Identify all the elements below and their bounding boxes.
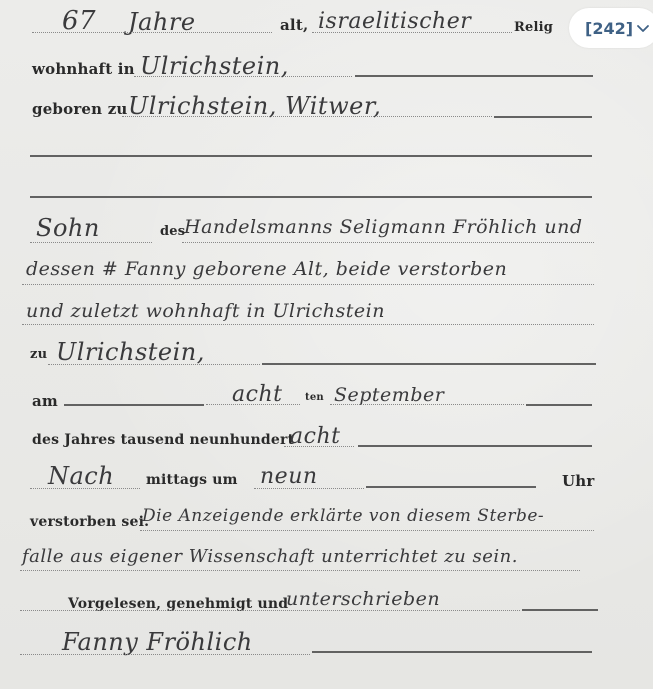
printed-alt: alt, [280, 16, 308, 34]
dotted-line [122, 116, 492, 117]
handwritten-place-of-death: Ulrichstein, [56, 338, 205, 366]
handwritten-hour: neun [260, 464, 318, 489]
dotted-line [254, 488, 364, 489]
printed-zu: zu [30, 347, 47, 362]
handwritten-parents-line2: dessen # Fanny geborene Alt, beide verst… [26, 258, 507, 280]
printed-birthplace-label: geboren zu [32, 100, 128, 118]
printed-des: des [160, 224, 185, 239]
handwritten-religion: israelitischer [318, 9, 471, 34]
printed-year-label: des Jahres tausend neunhundert [32, 432, 294, 448]
blank-line [494, 116, 592, 118]
handwritten-parents-line1: Handelsmanns Seligmann Fröhlich und [184, 216, 583, 238]
blank-line [366, 486, 536, 488]
handwritten-parents-line3: und zuletzt wohnhaft in Ulrichstein [26, 300, 385, 322]
page-index-label: [242] [585, 19, 633, 38]
scanned-document-page: 67 Jahre alt, israelitischer Relig wohnh… [0, 0, 653, 689]
blank-line [526, 404, 592, 406]
blank-line [262, 363, 596, 365]
printed-uhr: Uhr [562, 472, 595, 490]
dotted-line [30, 488, 140, 489]
dotted-line [48, 364, 260, 365]
dotted-line [312, 32, 512, 33]
dotted-line [182, 242, 594, 243]
dotted-line [206, 404, 300, 405]
printed-mittags: mittags um [146, 472, 238, 488]
printed-religion-label: Relig [514, 20, 553, 35]
dotted-line [22, 284, 594, 285]
handwritten-sohn: Sohn [36, 214, 100, 242]
dotted-line [140, 530, 594, 531]
printed-residence-label: wohnhaft in [32, 60, 135, 78]
blank-line [355, 75, 593, 77]
handwritten-signature: Fanny Fröhlich [62, 628, 253, 656]
blank-line [358, 445, 592, 447]
printed-died-label: verstorben sei. [30, 514, 149, 530]
handwritten-statement-line1: Die Anzeigende erklärte von diesem Sterb… [142, 506, 544, 526]
blank-line [64, 404, 204, 406]
handwritten-signed: unterschrieben [286, 588, 440, 610]
dotted-line [22, 324, 594, 325]
dotted-line [20, 570, 580, 571]
dotted-line [32, 32, 272, 33]
handwritten-statement-line2: falle aus eigener Wissenschaft unterrich… [22, 546, 518, 567]
blank-line [522, 609, 598, 611]
dotted-line [30, 242, 152, 243]
dotted-line [134, 76, 352, 77]
handwritten-time-part: Nach [48, 462, 114, 490]
chevron-down-icon [636, 21, 650, 35]
dotted-line [20, 610, 520, 611]
handwritten-month: September [334, 384, 444, 406]
printed-am: am [32, 392, 58, 410]
blank-line [30, 196, 592, 198]
page-index-dropdown[interactable]: [242] [569, 8, 653, 48]
dotted-line [20, 654, 310, 655]
blank-line [30, 155, 592, 157]
dotted-line [284, 446, 354, 447]
printed-ten: ten [305, 392, 324, 403]
blank-line [312, 651, 592, 653]
dotted-line [330, 404, 524, 405]
